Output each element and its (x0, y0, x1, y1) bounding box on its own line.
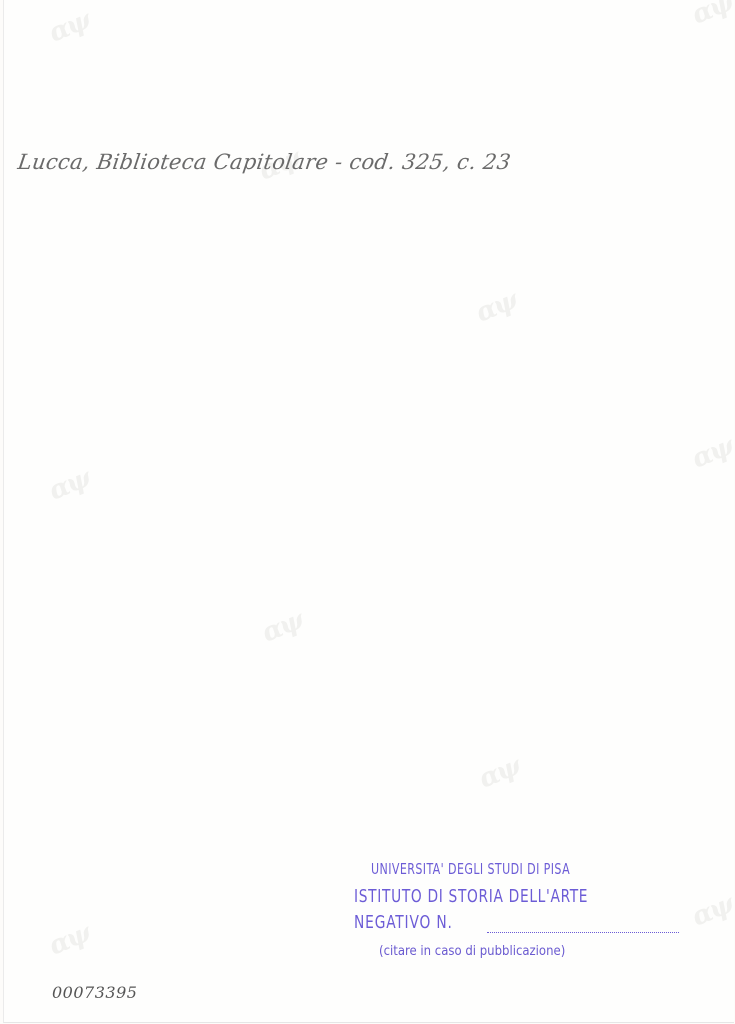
watermark-logo: αψ (688, 432, 735, 475)
watermark-logo: αψ (45, 6, 94, 49)
watermark-logo: αψ (45, 464, 94, 507)
handwritten-caption: Lucca, Biblioteca Capitolare - cod. 325,… (16, 150, 512, 174)
archive-card: αψ αψ αψ αψ αψ αψ αψ αψ αψ αψ Lucca, Bib… (3, 0, 734, 1023)
watermark-logo: αψ (45, 919, 94, 962)
stamp-university: UNIVERSITA' DEGLI STUDI DI PISA (371, 860, 570, 878)
catalog-number: 00073395 (52, 983, 137, 1002)
stamp-negative-label: NEGATIVO N. (354, 912, 453, 933)
watermark-logo: αψ (688, 0, 735, 30)
stamp-citation-note: (citare in caso di pubblicazione) (379, 944, 565, 959)
watermark-logo: αψ (472, 286, 521, 329)
stamp-negative-blank-line (487, 932, 679, 933)
watermark-logo: αψ (258, 606, 307, 649)
stamp-institute: ISTITUTO DI STORIA DELL'ARTE (354, 886, 588, 907)
watermark-logo: αψ (475, 752, 524, 795)
watermark-logo: αψ (688, 890, 735, 933)
